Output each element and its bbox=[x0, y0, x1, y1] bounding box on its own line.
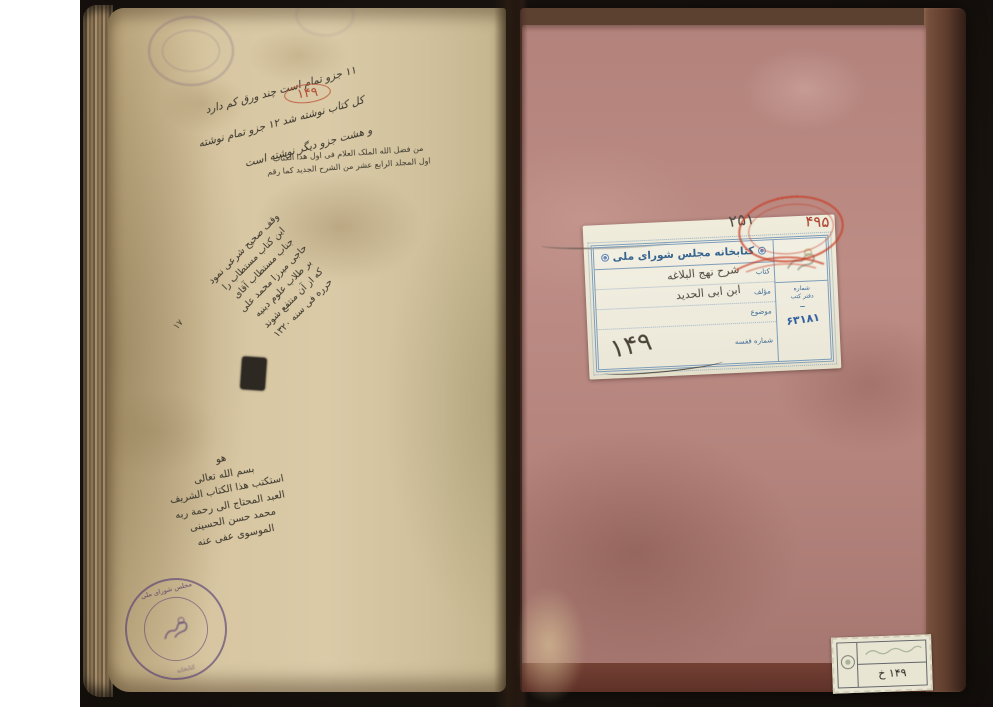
photo-background: ۱۱ جزو تمام است چند ورق کم دارد کل کتاب … bbox=[80, 0, 993, 707]
register-number: ۶۳۱۸۱ bbox=[776, 310, 829, 330]
cover-leather-edge bbox=[924, 8, 966, 692]
red-stamp-number: ۴۹۵ bbox=[805, 212, 830, 231]
scanned-book-page: ۱۱ جزو تمام است چند ورق کم دارد کل کتاب … bbox=[0, 0, 1000, 707]
field-label: مؤلف bbox=[754, 287, 771, 296]
field-label: موضوع bbox=[750, 307, 771, 316]
rosette-icon bbox=[600, 254, 608, 262]
corner-shelf-label: ۱۴۹ خ bbox=[831, 634, 933, 693]
scribe-colophon-note: هو بسم الله تعالی استکتب هذا الکتاب الشر… bbox=[119, 432, 338, 562]
field-value: ابن ابی الحدید bbox=[675, 283, 741, 302]
faint-round-stamp-icon bbox=[148, 16, 234, 86]
waqf-note: وقف صحیح شرعی نمود این کتاب مستطاب را جن… bbox=[180, 185, 368, 373]
margin-numeral: ۱۷ bbox=[172, 318, 186, 332]
manuscript-flyleaf: ۱۱ جزو تمام است چند ورق کم دارد کل کتاب … bbox=[108, 8, 506, 692]
field-value: شرح نهج البلاغه bbox=[667, 263, 740, 283]
corner-label-frame: ۱۴۹ خ bbox=[836, 639, 928, 688]
field-row-shelf: شماره قفسه ۱۴۹ bbox=[597, 322, 778, 376]
shelf-number: ۱۴۹ bbox=[607, 327, 654, 365]
square-seal-icon bbox=[240, 356, 267, 391]
ghost-stamp-icon bbox=[296, 8, 354, 36]
corner-label-emblem-icon bbox=[837, 643, 859, 688]
majlis-library-round-stamp-icon: مجلس شورای ملی کتابخانه bbox=[114, 567, 238, 691]
book-back-cover: ٭ ٭ ٭ ٭ ٭ ۴۹۵ ۲۵۱ کتابخانه مجلس شورای مل… bbox=[520, 8, 966, 692]
partial-red-stamp-icon bbox=[732, 244, 828, 274]
caption-dash: ــ bbox=[776, 299, 828, 310]
stamp-inner-ring bbox=[162, 30, 220, 72]
corner-label-faded-text bbox=[857, 640, 926, 664]
shelf-mark: ۱۴۹ خ bbox=[858, 662, 927, 686]
binding-gutter-shadow bbox=[494, 0, 528, 707]
field-label: شماره قفسه bbox=[735, 336, 774, 346]
faded-script-icon bbox=[863, 645, 923, 659]
